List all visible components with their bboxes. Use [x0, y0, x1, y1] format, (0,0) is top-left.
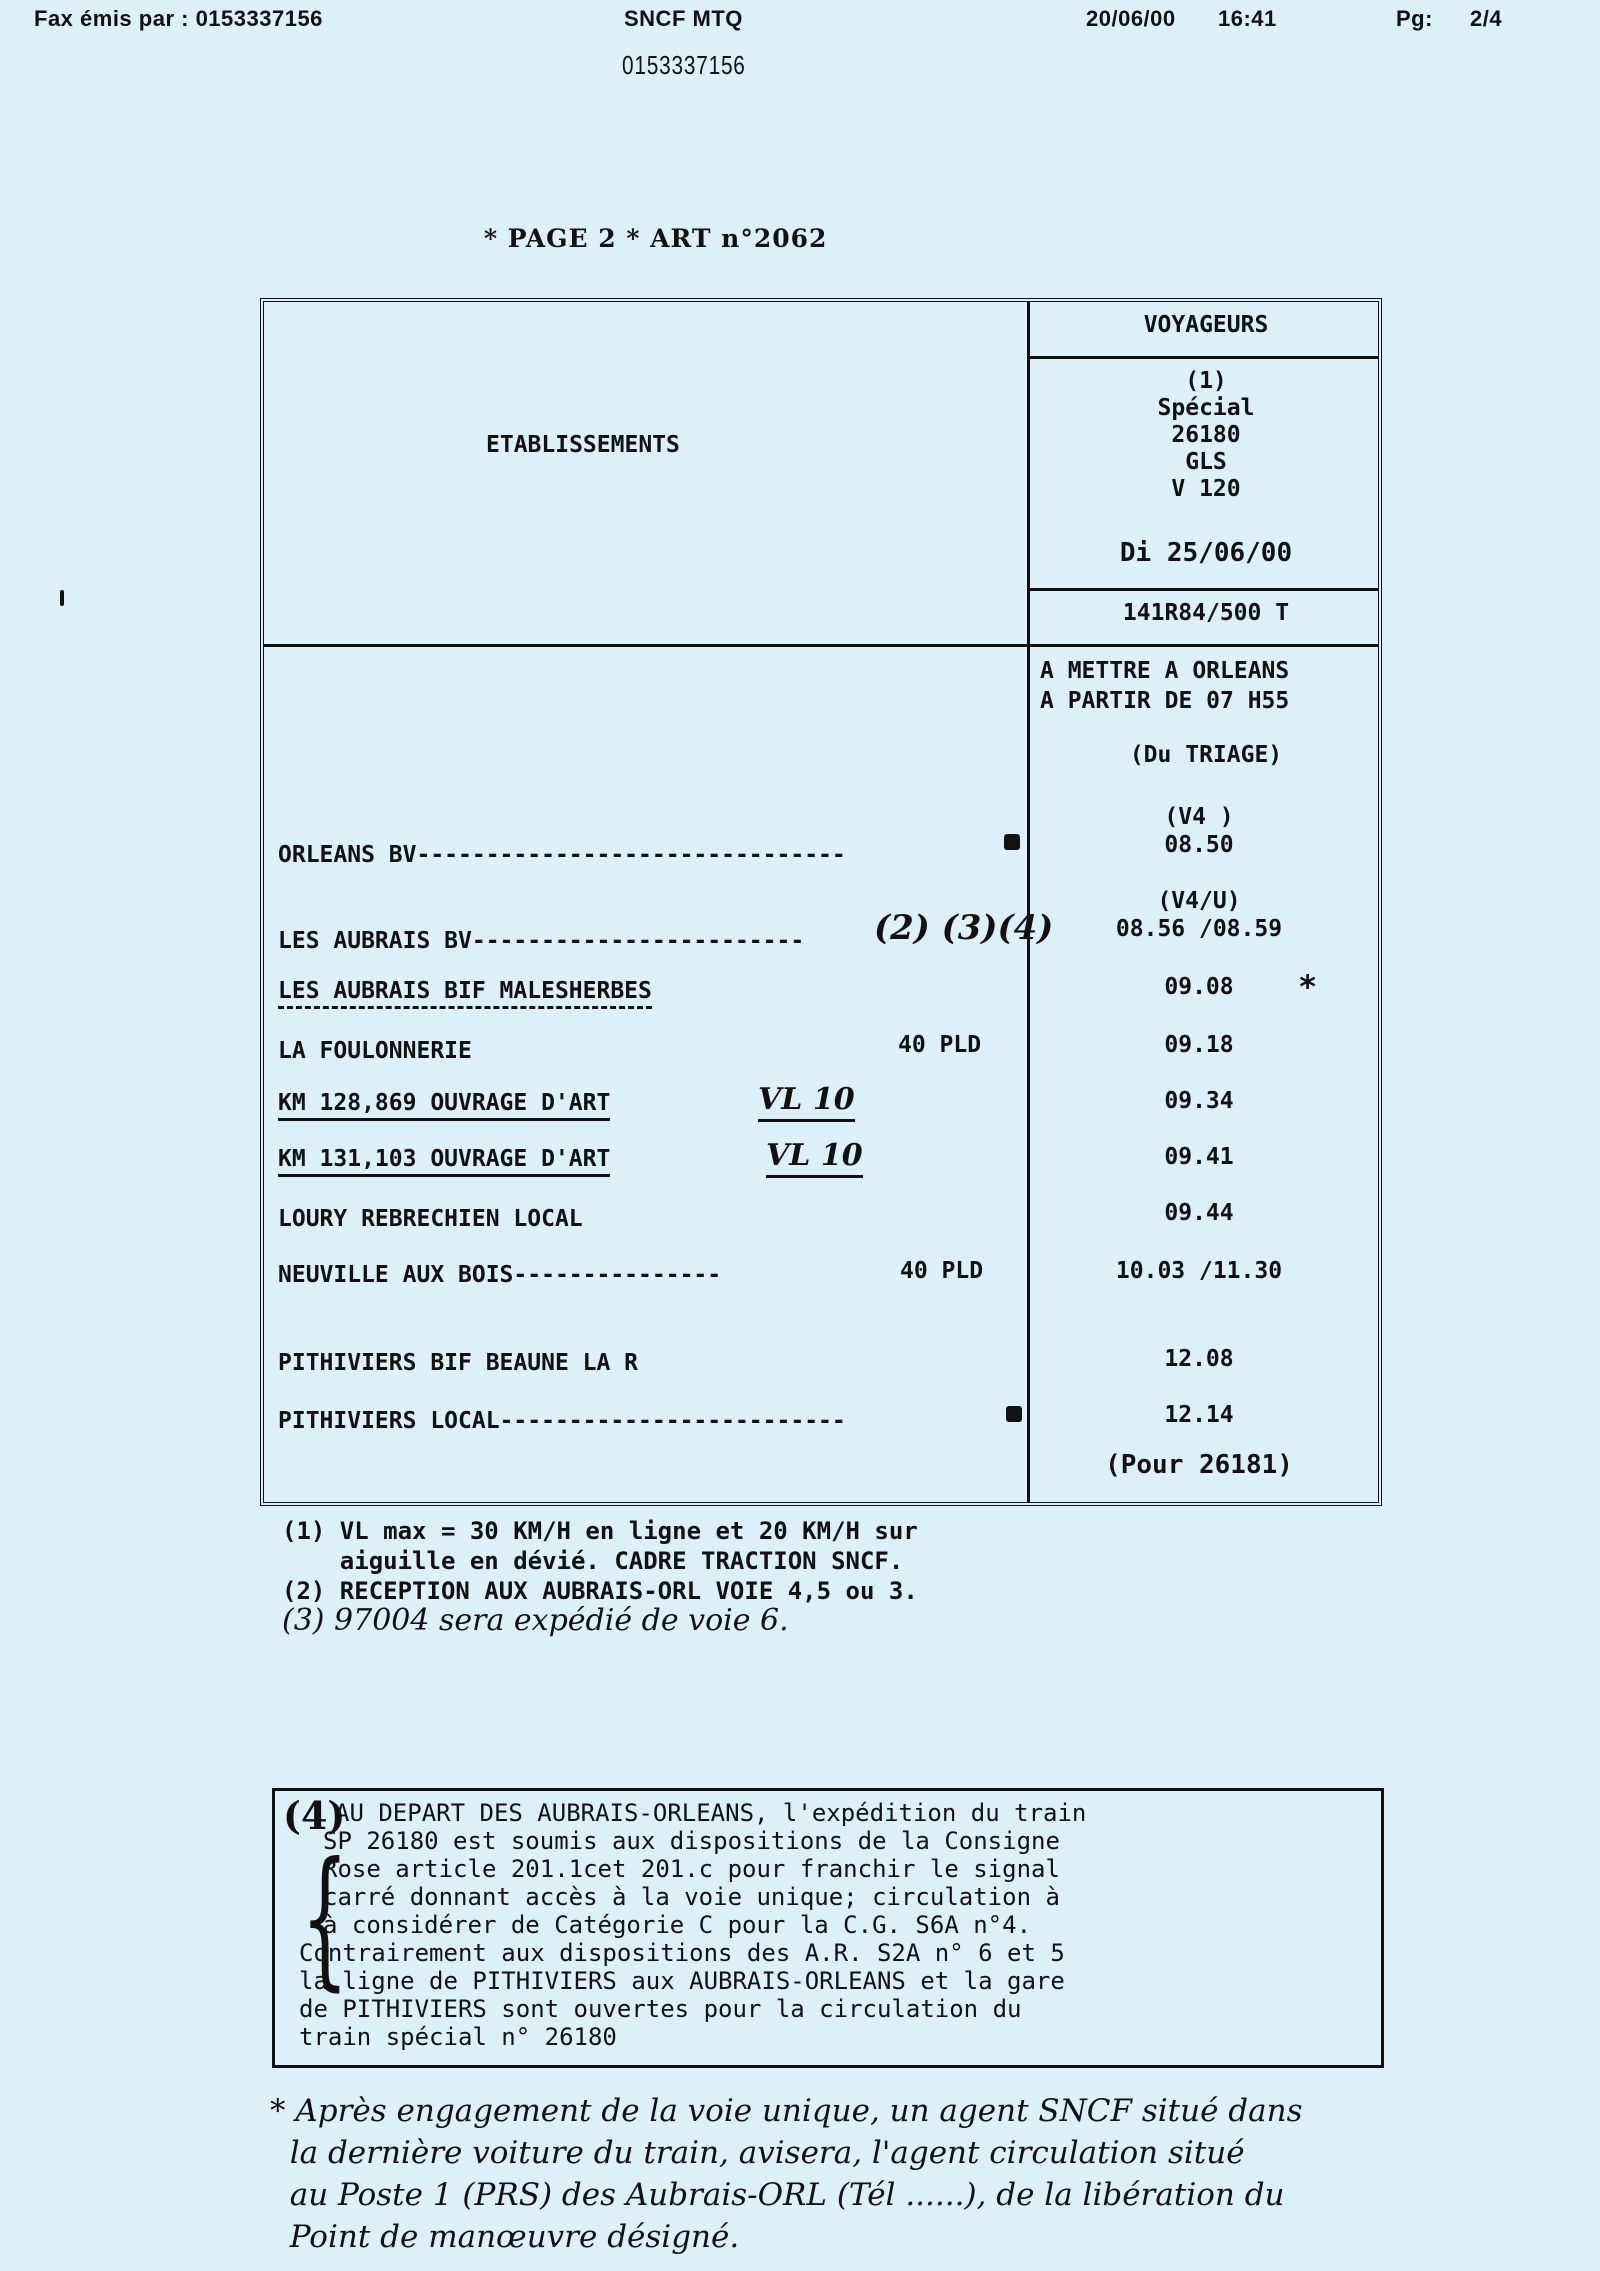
note-line: carré donnant accès à la voie unique; ci… — [323, 1883, 1086, 1911]
station-les-aubrais-bv: LES AUBRAIS BV------------------------ — [278, 928, 804, 954]
note-box: (4) { AU DEPART DES AUBRAIS-ORLEANS, l'e… — [272, 1788, 1384, 2068]
note-line: AU DEPART DES AUBRAIS-ORLEANS, l'expédit… — [323, 1799, 1086, 1827]
station-km-128: KM 128,869 OUVRAGE D'ART — [278, 1090, 610, 1121]
train-info: (1) Spécial 26180 GLS V 120 — [1030, 368, 1382, 503]
train-info-type: Spécial — [1030, 395, 1382, 422]
time-km-131: 09.41 — [1084, 1144, 1314, 1170]
row-divider — [1027, 588, 1378, 591]
time-pithiviers-bif: 12.08 — [1084, 1346, 1314, 1372]
note-line: la ligne de PITHIVIERS aux AUBRAIS-ORLEA… — [299, 1967, 1086, 1995]
note-line: SP 26180 est soumis aux dispositions de … — [323, 1827, 1086, 1855]
fax-header: Fax émis par : 0153337156 SNCF MTQ 20/06… — [34, 6, 1574, 36]
footnotes: (1) VL max = 30 KM/H en ligne et 20 KM/H… — [282, 1516, 918, 1636]
handwritten-line: la dernière voiture du train, avisera, l… — [270, 2132, 1570, 2174]
speed-limit-vl: VL 10 — [758, 1082, 855, 1122]
station-loury-rebrechien: LOURY REBRECHIEN LOCAL — [278, 1206, 583, 1232]
column-header-etablissements: ETABLISSEMENTS — [486, 432, 680, 458]
schedule-table: ETABLISSEMENTS VOYAGEURS (1) Spécial 261… — [260, 298, 1382, 1506]
footnote-1-line-1: (1) VL max = 30 KM/H en ligne et 20 KM/H… — [282, 1516, 918, 1546]
footnote-1-line-2: aiguille en dévié. CADRE TRACTION SNCF. — [282, 1546, 918, 1576]
handwritten-line: Point de manœuvre désigné. — [270, 2216, 1570, 2258]
note-line: train spécial n° 26180 — [299, 2023, 1086, 2051]
station-orleans-bv: ORLEANS BV------------------------------… — [278, 842, 846, 868]
stop-square-icon — [1004, 834, 1020, 850]
time-neuville: 10.03 /11.30 — [1084, 1258, 1314, 1284]
train-info-speed: V 120 — [1030, 476, 1382, 503]
train-composition: 141R84/500 T — [1030, 600, 1382, 626]
train-info-number: 26180 — [1030, 422, 1382, 449]
instruction-line: A METTRE A ORLEANS — [1040, 656, 1289, 686]
origin-note: (Du TRIAGE) — [1030, 742, 1382, 768]
note-line: Rose article 201.1cet 201.c pour franchi… — [323, 1855, 1086, 1883]
fax-page-label: Pg: — [1396, 6, 1433, 32]
handwritten-note: * Après engagement de la voie unique, un… — [270, 2090, 1570, 2258]
train-info-ref: (1) — [1030, 368, 1382, 395]
time-pithiviers-local: 12.14 — [1084, 1402, 1314, 1428]
time-orleans-bv: 08.50 — [1084, 832, 1314, 858]
fax-sub-number: 0153337156 — [622, 50, 746, 81]
train-info-code: GLS — [1030, 449, 1382, 476]
footnote-refs: (2) (3)(4) — [874, 908, 1053, 948]
voie-orleans: (V4 ) — [1084, 804, 1314, 830]
note-line: à considérer de Catégorie C pour la C.G.… — [323, 1911, 1086, 1939]
station-la-foulonnerie: LA FOULONNERIE — [278, 1038, 472, 1064]
asterisk-note: * — [1298, 968, 1317, 1006]
note-line: Contrairement aux dispositions des A.R. … — [299, 1939, 1086, 1967]
footnote-3: (3) 97004 sera expédié de voie 6. — [282, 1606, 918, 1636]
fax-company: SNCF MTQ — [624, 6, 743, 32]
speed-limit: 40 PLD — [900, 1258, 983, 1284]
station-pithiviers-local: PITHIVIERS LOCAL------------------------… — [278, 1408, 846, 1434]
footnote-2: (2) RECEPTION AUX AUBRAIS-ORL VOIE 4,5 o… — [282, 1576, 918, 1606]
row-divider — [264, 644, 1378, 647]
time-aubrais-bif: 09.08 — [1084, 974, 1314, 1000]
final-note: (Pour 26181) — [1084, 1450, 1314, 1480]
fax-time: 16:41 — [1218, 6, 1277, 32]
speed-limit: 40 PLD — [898, 1032, 981, 1058]
row-divider — [1027, 356, 1378, 359]
time-loury: 09.44 — [1084, 1200, 1314, 1226]
fax-page-value: 2/4 — [1470, 6, 1502, 32]
time-la-foulonnerie: 09.18 — [1084, 1032, 1314, 1058]
handwritten-line: * Après engagement de la voie unique, un… — [270, 2090, 1570, 2132]
voie-les-aubrais: (V4/U) — [1084, 888, 1314, 914]
station-neuville-aux-bois: NEUVILLE AUX BOIS--------------- — [278, 1262, 721, 1288]
column-header-voyageurs: VOYAGEURS — [1030, 312, 1382, 338]
instructions: A METTRE A ORLEANS A PARTIR DE 07 H55 — [1040, 656, 1289, 716]
stray-mark — [60, 590, 64, 606]
station-aubrais-bif-malesherbes: LES AUBRAIS BIF MALESHERBES — [278, 978, 652, 1009]
time-km-128: 09.34 — [1084, 1088, 1314, 1114]
instruction-line: A PARTIR DE 07 H55 — [1040, 686, 1289, 716]
page-title: * PAGE 2 * ART n°2062 — [484, 224, 827, 253]
fax-date: 20/06/00 — [1086, 6, 1176, 32]
train-date: Di 25/06/00 — [1030, 538, 1382, 568]
time-les-aubrais-bv: 08.56 /08.59 — [1084, 916, 1314, 942]
fax-sender: Fax émis par : 0153337156 — [34, 6, 323, 32]
note-line: de PITHIVIERS sont ouvertes pour la circ… — [299, 1995, 1086, 2023]
stop-square-icon — [1006, 1406, 1022, 1422]
station-pithiviers-bif: PITHIVIERS BIF BEAUNE LA R — [278, 1350, 638, 1376]
handwritten-line: au Poste 1 (PRS) des Aubrais-ORL (Tél ..… — [270, 2174, 1570, 2216]
note-text: AU DEPART DES AUBRAIS-ORLEANS, l'expédit… — [323, 1799, 1086, 2051]
speed-limit-vl: VL 10 — [766, 1138, 863, 1178]
station-km-131: KM 131,103 OUVRAGE D'ART — [278, 1146, 610, 1177]
